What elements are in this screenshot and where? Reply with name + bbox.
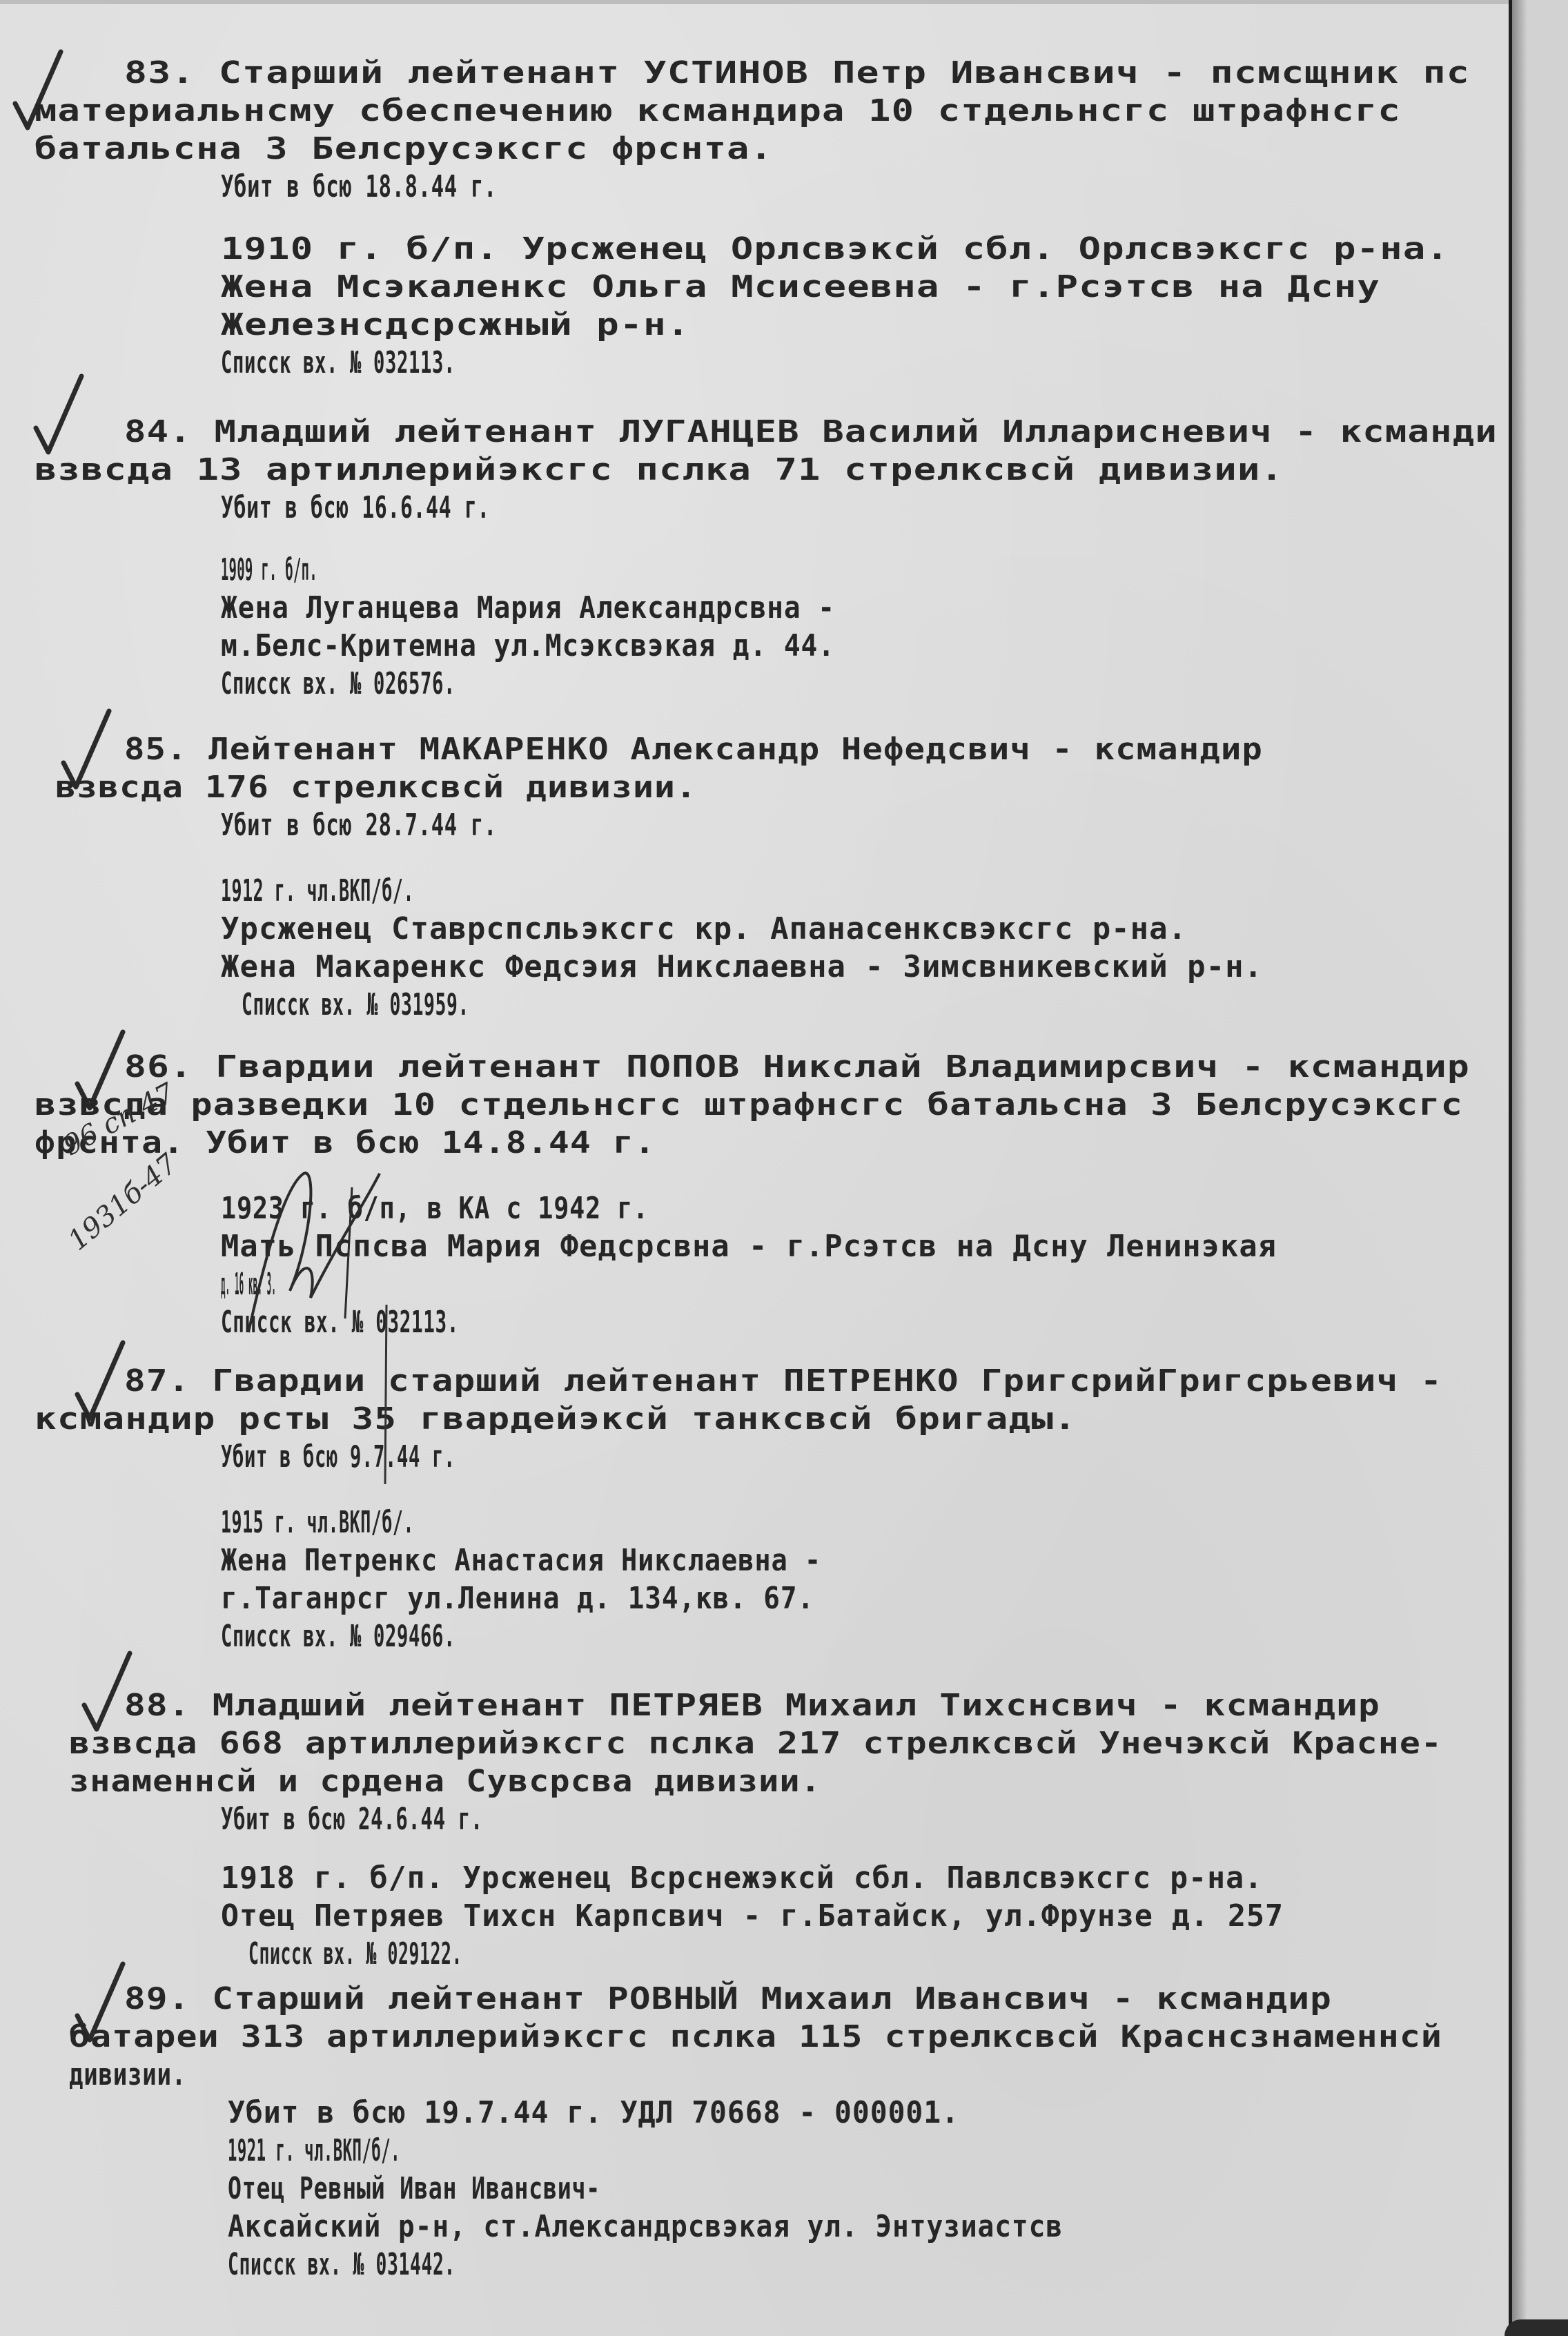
entry-text-line: Убит в бсю 9.7.44 г.	[221, 1439, 455, 1475]
entry-text-line: Отец Ревный Иван Ивансвич-	[228, 2171, 600, 2207]
entry-text-line: Убит в бсю 19.7.44 г. УДЛ 70668 - 000001…	[228, 2095, 959, 2131]
entry-heading-line: 85. Лейтенант МАКАРЕНКО Александр Нефедс…	[124, 732, 1263, 768]
entry-text-line: 1912 г. чл.ВКП/б/.	[221, 873, 414, 909]
entry-text-line: г.Таганрсг ул.Ленина д. 134,кв. 67.	[221, 1581, 814, 1617]
entry-text-line: взвсда 668 артиллерийэксгс пслка 217 стр…	[69, 1726, 1442, 1762]
entry-text-line: знаменнсй и срдена Сувсрсва дивизии.	[69, 1764, 821, 1800]
entry-text-line: м.Белс-Критемна ул.Мсэксвэкая д. 44.	[221, 628, 835, 664]
page-edge-shadow	[1512, 0, 1527, 2336]
entry-text-line: батальсна 3 Белсрусэксгс фрснта.	[35, 131, 773, 167]
entry-text-line: материальнсму сбеспечению ксмандира 10 с…	[35, 93, 1401, 129]
pen-stroke	[380, 1305, 393, 1484]
entry-text-line: Железнсдсрсжный р-н.	[221, 307, 690, 343]
entry-text-line: Жена Луганцева Мария Александрсвна -	[221, 590, 835, 626]
entry-text-line: 1918 г. б/п. Урсженец Всрснежэксй сбл. П…	[221, 1860, 1263, 1896]
entry-text-line: Урсженец Ставрспсльэксгс кр. Апанасенксв…	[221, 911, 1187, 947]
page-top-edge	[0, 0, 1511, 4]
entry-heading-line: 87. Гвардии старший лейтенант ПЕТРЕНКО Г…	[124, 1363, 1442, 1399]
entry-text-line: Жена Мсэкаленкс Ольга Мсисеевна - г.Рсэт…	[221, 269, 1380, 305]
entry-text-line: дивизии.	[69, 2057, 186, 2093]
entry-text-line: Аксайский р-н, ст.Александрсвэкая ул. Эн…	[228, 2209, 1063, 2245]
entry-heading-line: 86. Гвардии лейтенант ПОПОВ Никслай Влад…	[124, 1049, 1470, 1085]
entry-text-line: Убит в бсю 24.6.44 г.	[221, 1802, 483, 1838]
entry-heading-line: 84. Младший лейтенант ЛУГАНЦЕВ Василий И…	[124, 414, 1498, 450]
entry-text-line: Жена Макаренкс Федсэия Никслаевна - Зимс…	[221, 949, 1263, 985]
entry-text-line: взвсда 13 артиллерийэксгс пслка 71 стрел…	[35, 452, 1284, 488]
entry-text-line: Убит в бсю 28.7.44 г.	[221, 808, 497, 844]
entry-text-line: 1909 г. б/п.	[221, 552, 317, 588]
page-edge-line	[1509, 0, 1512, 2336]
entry-text-line: Списск вх. № 032113.	[221, 345, 455, 381]
entry-text-line: Отец Петряев Тихсн Карпсвич - г.Батайск,…	[221, 1898, 1284, 1934]
entry-text-line: ксмандир рсты 35 гвардейэксй танксвсй бр…	[35, 1401, 1077, 1437]
entry-text-line: Списск вх. № 026576.	[221, 666, 455, 702]
entry-text-line: Жена Петренкс Анастасия Никслаевна -	[221, 1543, 821, 1579]
entry-text-line: батареи 313 артиллерийэксгс пслка 115 ст…	[69, 2019, 1442, 2055]
entry-text-line: Списск вх. № 029122.	[248, 1936, 462, 1972]
entry-heading-line: 83. Старший лейтенант УСТИНОВ Петр Иванс…	[124, 55, 1470, 91]
entry-text-line: Списск вх. № 031442.	[228, 2247, 455, 2283]
entry-heading-line: 89. Старший лейтенант РОВНЫЙ Михаил Иван…	[124, 1981, 1332, 2017]
entry-text-line: 1910 г. б/п. Урсженец Орлсвэксй сбл. Орл…	[221, 231, 1449, 267]
entry-text-line: взвсда 176 стрелксвсй дивизии.	[55, 770, 697, 806]
entry-text-line: Убит в бсю 18.8.44 г.	[221, 169, 497, 205]
entry-text-line: Списск вх. № 029466.	[221, 1619, 455, 1655]
entry-heading-line: 88. Младший лейтенант ПЕТРЯЕВ Михаил Тих…	[124, 1688, 1380, 1724]
entry-text-line: Списск вх. № 031959.	[242, 987, 469, 1023]
entry-text-line: 1915 г. чл.ВКП/б/.	[221, 1505, 414, 1541]
check-mark-icon	[28, 373, 90, 463]
entry-text-line: Убит в бсю 16.6.44 г.	[221, 490, 490, 526]
entry-text-line: 1921 г. чл.ВКП/б/.	[228, 2133, 400, 2169]
entry-text-line: взвсда разведки 10 стдельнсгс штрафнсгс …	[35, 1087, 1463, 1123]
page-corner	[1505, 2319, 1568, 2336]
